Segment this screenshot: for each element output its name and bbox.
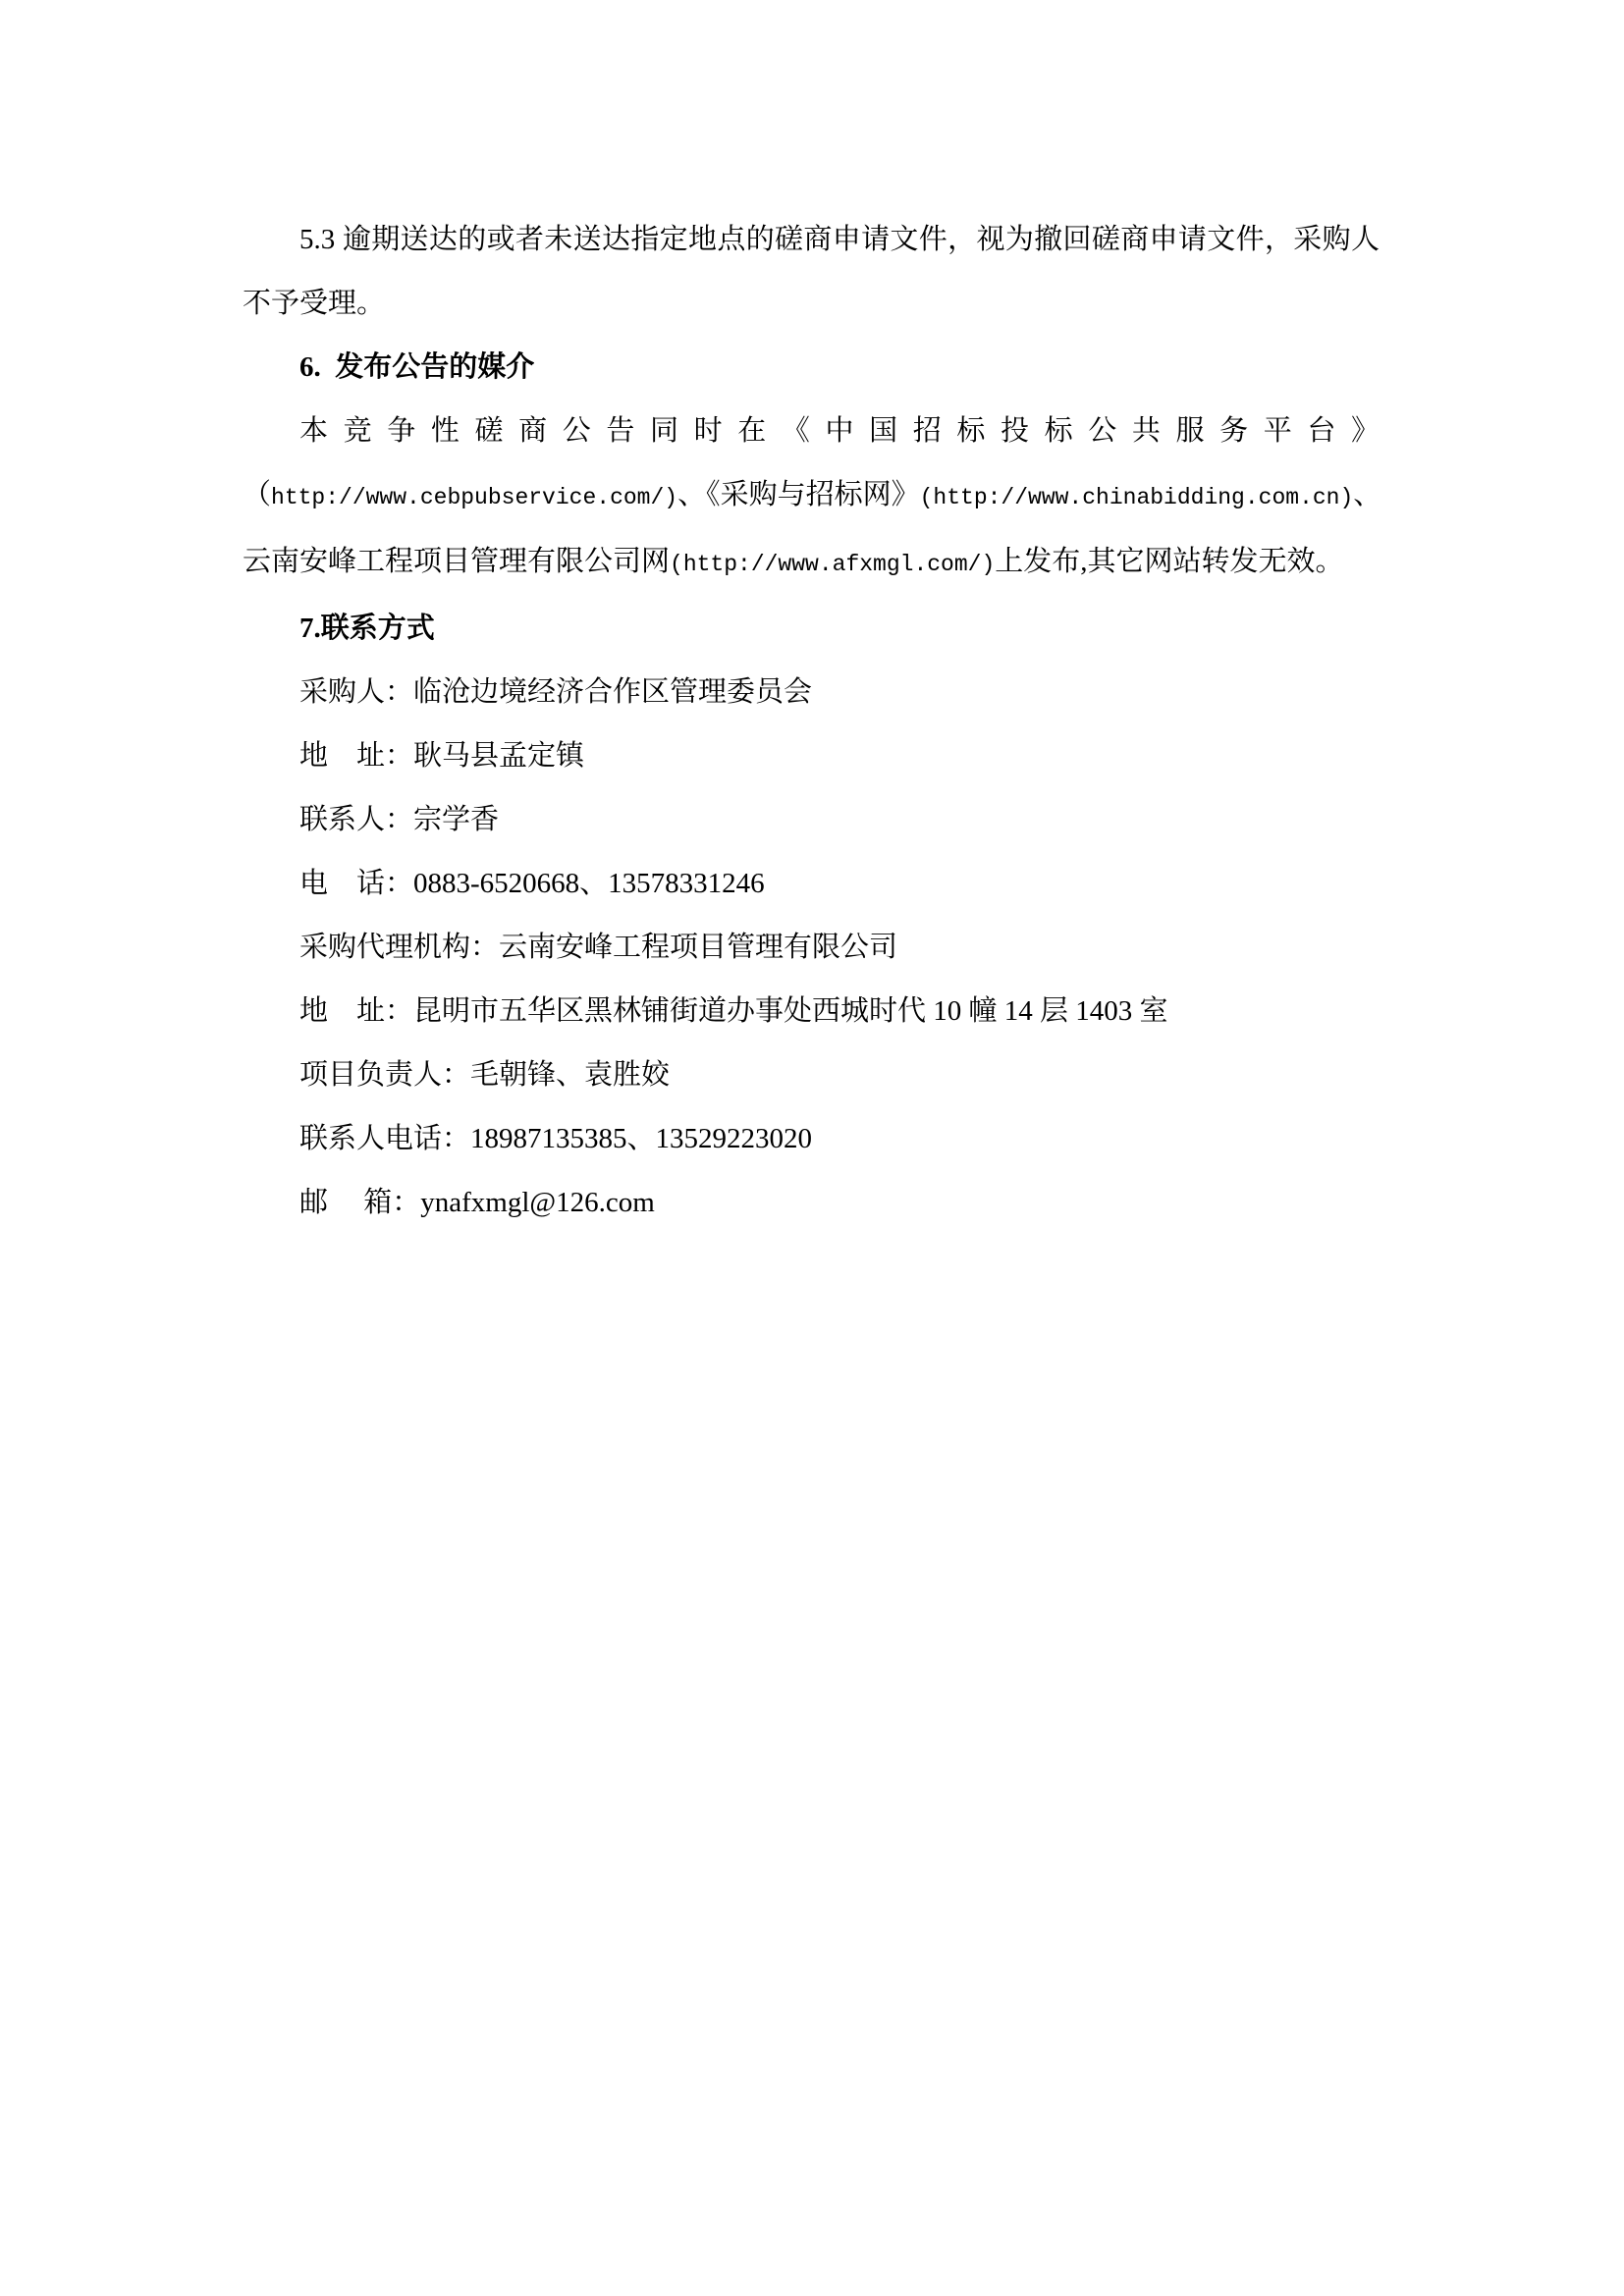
cjk-text: 上发布,其它网站转发无效。 xyxy=(995,546,1343,577)
para-5-3-line-2: 不予受理。 xyxy=(243,272,1380,336)
url-text: (http://www.chinabidding.com.cn) xyxy=(920,485,1354,510)
contact-purchaser-address: 地 址：耿马县孟定镇 xyxy=(243,724,1380,788)
section-6-heading: 6. 发布公告的媒介 xyxy=(243,336,1380,400)
contact-email: 邮 箱：ynafxmgl@126.com xyxy=(243,1171,1380,1235)
contact-person: 联系人：宗学香 xyxy=(243,788,1380,852)
contact-lead-phones: 联系人电话：18987135385、13529223020 xyxy=(243,1107,1380,1171)
cjk-text: 、《采购与招标网》 xyxy=(677,479,920,510)
document-page: 5.3 逾期送达的或者未送达指定地点的磋商申请文件，视为撤回磋商申请文件，采购人… xyxy=(0,0,1624,2296)
contact-phone: 电 话：0883-6520668、13578331246 xyxy=(243,852,1380,916)
cjk-text: 云南安峰工程项目管理有限公司网 xyxy=(243,546,670,577)
contact-agency-address: 地 址：昆明市五华区黑林铺街道办事处西城时代 10 幢 14 层 1403 室 xyxy=(243,980,1380,1043)
para-media-line-1: 本 竞 争 性 磋 商 公 告 同 时 在 《 中 国 招 标 投 标 公 共 … xyxy=(243,400,1380,463)
contact-project-leads: 项目负责人：毛朝锋、袁胜姣 xyxy=(243,1043,1380,1107)
para-5-3-line-1: 5.3 逾期送达的或者未送达指定地点的磋商申请文件，视为撤回磋商申请文件，采购人 xyxy=(243,208,1380,272)
contact-purchaser: 采购人：临沧边境经济合作区管理委员会 xyxy=(243,661,1380,724)
url-text: http://www.cebpubservice.com/) xyxy=(271,485,677,510)
url-text: (http://www.afxmgl.com/) xyxy=(670,552,995,577)
cjk-text: 、 xyxy=(1353,479,1381,510)
contact-agency: 采购代理机构：云南安峰工程项目管理有限公司 xyxy=(243,916,1380,980)
document-content: 5.3 逾期送达的或者未送达指定地点的磋商申请文件，视为撤回磋商申请文件，采购人… xyxy=(243,208,1380,1235)
para-media-line-2: （http://www.cebpubservice.com/)、《采购与招标网》… xyxy=(243,463,1380,530)
cjk-text: （ xyxy=(243,479,271,510)
para-media-line-3: 云南安峰工程项目管理有限公司网(http://www.afxmgl.com/)上… xyxy=(243,530,1380,597)
section-7-heading: 7.联系方式 xyxy=(243,597,1380,661)
